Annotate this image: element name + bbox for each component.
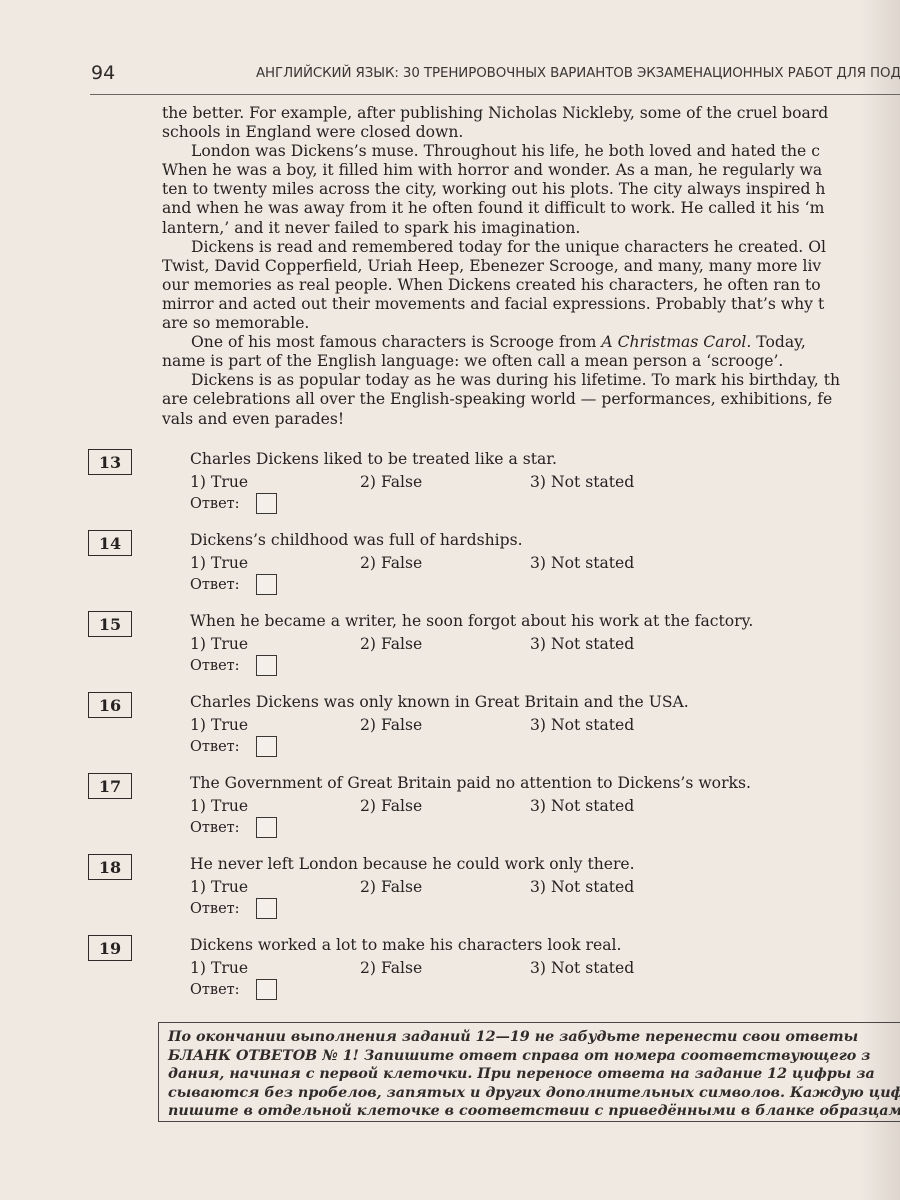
page-number: 94: [91, 62, 115, 84]
reading-passage: the better. For example, after publishin…: [162, 104, 900, 429]
answer-box[interactable]: [256, 736, 277, 757]
passage-line: Dickens is read and remembered today for…: [162, 238, 900, 257]
question-text: Charles Dickens liked to be treated like…: [190, 450, 557, 468]
answer-box[interactable]: [256, 979, 277, 1000]
question-17: 17 The Government of Great Britain paid …: [88, 773, 888, 853]
question-18: 18 He never left London because he could…: [88, 854, 888, 934]
option-false: 2) False: [360, 554, 422, 572]
passage-line: ten to twenty miles across the city, wor…: [162, 180, 900, 199]
answer-label: Ответ:: [190, 739, 240, 755]
passage-line: mirror and acted out their movements and…: [162, 295, 900, 314]
option-true: 1) True: [190, 635, 248, 653]
question-13: 13 Charles Dickens liked to be treated l…: [88, 449, 888, 529]
option-true: 1) True: [190, 554, 248, 572]
option-not-stated: 3) Not stated: [530, 635, 634, 653]
option-not-stated: 3) Not stated: [530, 473, 634, 491]
answer-box[interactable]: [256, 574, 277, 595]
passage-line: name is part of the English language: we…: [162, 352, 900, 371]
passage-line: our memories as real people. When Dicken…: [162, 276, 900, 295]
instruction-box: По окончании выполнения заданий 12—19 не…: [158, 1022, 900, 1122]
instruction-line: БЛАНК ОТВЕТОВ № 1! Запишите ответ справа…: [168, 1047, 900, 1066]
option-not-stated: 3) Not stated: [530, 878, 634, 896]
question-text: Dickens worked a lot to make his charact…: [190, 936, 621, 954]
passage-line: schools in England were closed down.: [162, 123, 900, 142]
option-true: 1) True: [190, 878, 248, 896]
option-not-stated: 3) Not stated: [530, 797, 634, 815]
answer-box[interactable]: [256, 898, 277, 919]
question-number: 13: [88, 449, 132, 475]
passage-line: When he was a boy, it filled him with ho…: [162, 161, 900, 180]
answer-box[interactable]: [256, 493, 277, 514]
option-true: 1) True: [190, 716, 248, 734]
question-14: 14 Dickens’s childhood was full of hards…: [88, 530, 888, 610]
option-not-stated: 3) Not stated: [530, 716, 634, 734]
question-19: 19 Dickens worked a lot to make his char…: [88, 935, 888, 1015]
passage-line: lantern,’ and it never failed to spark h…: [162, 219, 900, 238]
question-number: 18: [88, 854, 132, 880]
book-title: A Christmas Carol: [601, 333, 746, 351]
option-false: 2) False: [360, 716, 422, 734]
question-number: 14: [88, 530, 132, 556]
option-not-stated: 3) Not stated: [530, 554, 634, 572]
question-16: 16 Charles Dickens was only known in Gre…: [88, 692, 888, 772]
passage-line: and when he was away from it he often fo…: [162, 199, 900, 218]
option-not-stated: 3) Not stated: [530, 959, 634, 977]
question-text: When he became a writer, he soon forgot …: [190, 612, 753, 630]
answer-label: Ответ:: [190, 820, 240, 836]
passage-line: London was Dickens’s muse. Throughout hi…: [162, 142, 900, 161]
passage-text: One of his most famous characters is Scr…: [191, 333, 601, 351]
passage-line: One of his most famous characters is Scr…: [162, 333, 900, 352]
passage-line: the better. For example, after publishin…: [162, 104, 900, 123]
instruction-line: пишите в отдельной клеточке в соответств…: [168, 1102, 900, 1121]
passage-text: . Today,: [746, 333, 805, 351]
question-text: The Government of Great Britain paid no …: [190, 774, 751, 792]
option-true: 1) True: [190, 797, 248, 815]
option-false: 2) False: [360, 878, 422, 896]
passage-line: Twist, David Copperfield, Uriah Heep, Eb…: [162, 257, 900, 276]
question-text: He never left London because he could wo…: [190, 855, 635, 873]
instruction-line: дания, начиная с первой клеточки. При пе…: [168, 1065, 900, 1084]
passage-line: vals and even parades!: [162, 410, 900, 429]
question-number: 16: [88, 692, 132, 718]
option-false: 2) False: [360, 797, 422, 815]
answer-label: Ответ:: [190, 658, 240, 674]
page-header: 94 АНГЛИЙСКИЙ ЯЗЫК: 30 ТРЕНИРОВОЧНЫХ ВАР…: [90, 60, 900, 95]
answer-label: Ответ:: [190, 577, 240, 593]
question-number: 17: [88, 773, 132, 799]
passage-line: Dickens is as popular today as he was du…: [162, 371, 900, 390]
option-false: 2) False: [360, 959, 422, 977]
question-number: 19: [88, 935, 132, 961]
option-false: 2) False: [360, 635, 422, 653]
option-false: 2) False: [360, 473, 422, 491]
answer-box[interactable]: [256, 655, 277, 676]
passage-line: are so memorable.: [162, 314, 900, 333]
question-15: 15 When he became a writer, he soon forg…: [88, 611, 888, 691]
option-true: 1) True: [190, 959, 248, 977]
question-text: Charles Dickens was only known in Great …: [190, 693, 689, 711]
instruction-line: По окончании выполнения заданий 12—19 не…: [168, 1028, 900, 1047]
answer-box[interactable]: [256, 817, 277, 838]
answer-label: Ответ:: [190, 982, 240, 998]
question-text: Dickens’s childhood was full of hardship…: [190, 531, 523, 549]
option-true: 1) True: [190, 473, 248, 491]
running-title: АНГЛИЙСКИЙ ЯЗЫК: 30 ТРЕНИРОВОЧНЫХ ВАРИАН…: [256, 66, 900, 81]
answer-label: Ответ:: [190, 901, 240, 917]
question-number: 15: [88, 611, 132, 637]
answer-label: Ответ:: [190, 496, 240, 512]
instruction-line: сываются без пробелов, запятых и других …: [168, 1084, 900, 1103]
passage-line: are celebrations all over the English-sp…: [162, 390, 900, 409]
